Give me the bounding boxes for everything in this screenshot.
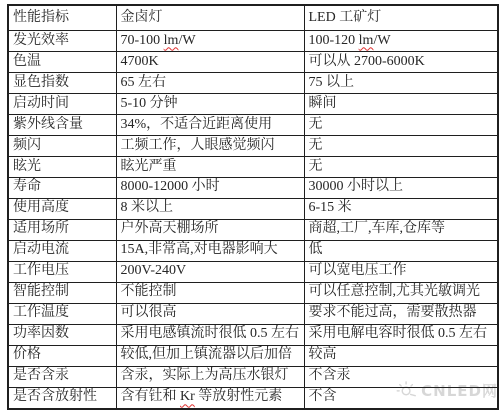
table-row: 频闪工频工作，人眼感觉频闪无 <box>8 135 498 156</box>
cell-text: 无 <box>309 117 323 132</box>
cell-text: 瞬间 <box>309 96 337 111</box>
cell-text: 较低,但加上镇流器以后加倍 <box>121 347 293 362</box>
table-row: 显色指数65 左右75 以上 <box>8 72 498 93</box>
cell-text: 70-100 <box>121 33 164 48</box>
metric-cell: 价格 <box>8 345 116 366</box>
table-row: 适用场所户外高天棚场所商超,工厂,车库,仓库等 <box>8 219 498 240</box>
led-highbay-cell: 低 <box>304 240 498 261</box>
metric-cell: 适用场所 <box>8 219 116 240</box>
led-highbay-cell: 可以从 2700-6000K <box>304 51 498 72</box>
table-row: 发光效率70-100 lm/W100-120 lm/W <box>8 31 498 52</box>
cnled-watermark: CNLED网 <box>396 379 498 401</box>
metal-halide-cell: 34%，不适合近距离使用 <box>116 114 304 135</box>
column-header-led-highbay: LED 工矿灯 <box>304 5 498 31</box>
table-row: 眩光眩光严重无 <box>8 156 498 177</box>
cell-text: 要求不能过高，需要散热器 <box>309 305 477 320</box>
metric-cell: 寿命 <box>8 177 116 198</box>
cnled-sun-icon <box>396 379 418 401</box>
cell-text: 34%，不适合近距离使用 <box>121 117 273 132</box>
cnled-watermark-text: CNLED网 <box>421 380 498 401</box>
cell-text: /W <box>178 33 195 48</box>
cell-text: 适用场所 <box>13 221 69 236</box>
lamp-comparison-table-image: 性能指标 金卤灯 LED 工矿灯 发光效率70-100 lm/W100-120 … <box>0 0 503 416</box>
cell-text: 工作电压 <box>13 263 69 278</box>
cell-text: 75 以上 <box>309 75 355 90</box>
cell-text: 65 左右 <box>121 75 167 90</box>
cell-text: 商超,工厂,车库,仓库等 <box>309 221 446 236</box>
cell-text: 功率因数 <box>13 326 69 341</box>
metric-cell: 智能控制 <box>8 282 116 303</box>
table-row: 紫外线含量34%，不适合近距离使用无 <box>8 114 498 135</box>
metal-halide-cell: 8000-12000 小时 <box>116 177 304 198</box>
table-row: 启动时间5-10 分钟瞬间 <box>8 93 498 114</box>
led-highbay-cell: 无 <box>304 156 498 177</box>
led-highbay-cell: 商超,工厂,车库,仓库等 <box>304 219 498 240</box>
cell-text: 工频工作，人眼感觉频闪 <box>121 138 275 153</box>
metric-cell: 频闪 <box>8 135 116 156</box>
cell-text: 低 <box>309 242 323 257</box>
cell-text: 8000-12000 小时 <box>121 179 220 194</box>
cell-text: 不含 <box>309 389 337 404</box>
table-row: 工作温度可以很高要求不能过高，需要散热器 <box>8 303 498 324</box>
table-row: 价格较低,但加上镇流器以后加倍较高 <box>8 345 498 366</box>
metal-halide-cell: 70-100 lm/W <box>116 31 304 52</box>
cell-text: /W <box>373 33 390 48</box>
cell-text: 启动时间 <box>13 96 69 111</box>
header-row: 性能指标 金卤灯 LED 工矿灯 <box>8 5 498 31</box>
cell-text: 采用电解电容时很低 0.5 左右 <box>309 326 488 341</box>
metal-halide-cell: 15A,非常高,对电器影响大 <box>116 240 304 261</box>
cell-text: 采用电感镇流时很低 0.5 左右 <box>121 326 300 341</box>
cell-text: 4700K <box>121 54 159 69</box>
spellcheck-flagged-text: Kr <box>180 389 195 404</box>
spellcheck-flagged-text: lm <box>359 33 374 48</box>
metric-cell: 是否含放射性 <box>8 387 116 409</box>
metric-cell: 使用高度 <box>8 198 116 219</box>
led-highbay-cell: 可以宽电压工作 <box>304 261 498 282</box>
cell-text: 200V-240V <box>121 263 187 278</box>
table-row: 色温4700K可以从 2700-6000K <box>8 51 498 72</box>
metal-halide-cell: 眩光严重 <box>116 156 304 177</box>
cell-text: 不含汞 <box>309 368 351 383</box>
led-highbay-cell: 采用电解电容时很低 0.5 左右 <box>304 324 498 345</box>
metal-halide-cell: 不能控制 <box>116 282 304 303</box>
led-highbay-cell: 无 <box>304 135 498 156</box>
metal-halide-cell: 200V-240V <box>116 261 304 282</box>
cell-text: 户外高天棚场所 <box>121 221 219 236</box>
metal-halide-cell: 65 左右 <box>116 72 304 93</box>
table-row: 工作电压200V-240V可以宽电压工作 <box>8 261 498 282</box>
cell-text: 可以任意控制,尤其光敏调光 <box>309 284 481 299</box>
cell-text: 较高 <box>309 347 337 362</box>
metric-cell: 是否含汞 <box>8 366 116 387</box>
cell-text: 发光效率 <box>13 33 69 48</box>
metal-halide-cell: 4700K <box>116 51 304 72</box>
column-header-metric: 性能指标 <box>8 5 116 31</box>
led-highbay-cell: 瞬间 <box>304 93 498 114</box>
metric-cell: 显色指数 <box>8 72 116 93</box>
cell-text: 无 <box>309 138 323 153</box>
comparison-table: 性能指标 金卤灯 LED 工矿灯 发光效率70-100 lm/W100-120 … <box>7 4 499 410</box>
cell-text: 100-120 <box>309 33 359 48</box>
cell-text: 6-15 米 <box>309 200 352 215</box>
led-highbay-cell: 75 以上 <box>304 72 498 93</box>
led-highbay-cell: 无 <box>304 114 498 135</box>
led-highbay-cell: 较高 <box>304 345 498 366</box>
spellcheck-flagged-text: lm <box>164 33 179 48</box>
cell-text: 可以从 2700-6000K <box>309 54 425 69</box>
metal-halide-cell: 采用电感镇流时很低 0.5 左右 <box>116 324 304 345</box>
metal-halide-cell: 5-10 分钟 <box>116 93 304 114</box>
metal-halide-cell: 含有钍和 Kr 等放射性元素 <box>116 387 304 409</box>
cell-text: 色温 <box>13 54 41 69</box>
table-row: 智能控制不能控制可以任意控制,尤其光敏调光 <box>8 282 498 303</box>
metal-halide-cell: 工频工作，人眼感觉频闪 <box>116 135 304 156</box>
cell-text: 含有钍和 <box>121 389 181 404</box>
cell-text: 是否含放射性 <box>13 389 97 404</box>
column-header-metal-halide: 金卤灯 <box>116 5 304 31</box>
metric-cell: 工作电压 <box>8 261 116 282</box>
cell-text: 不能控制 <box>121 284 177 299</box>
cell-text: 15A,非常高,对电器影响大 <box>121 242 278 257</box>
led-highbay-cell: 6-15 米 <box>304 198 498 219</box>
cell-text: 是否含汞 <box>13 368 69 383</box>
table-row: 启动电流15A,非常高,对电器影响大低 <box>8 240 498 261</box>
cell-text: 频闪 <box>13 138 41 153</box>
metric-cell: 发光效率 <box>8 31 116 52</box>
cell-text: 可以宽电压工作 <box>309 263 407 278</box>
metric-cell: 启动电流 <box>8 240 116 261</box>
led-highbay-cell: 100-120 lm/W <box>304 31 498 52</box>
cell-text: 智能控制 <box>13 284 69 299</box>
cell-text: 显色指数 <box>13 75 69 90</box>
cell-text: 工作温度 <box>13 305 69 320</box>
metal-halide-cell: 含汞，实际上为高压水银灯 <box>116 366 304 387</box>
led-highbay-cell: 要求不能过高，需要散热器 <box>304 303 498 324</box>
led-highbay-cell: 可以任意控制,尤其光敏调光 <box>304 282 498 303</box>
cell-text: 眩光严重 <box>121 159 177 174</box>
led-highbay-cell: 30000 小时以上 <box>304 177 498 198</box>
comparison-table-body: 发光效率70-100 lm/W100-120 lm/W色温4700K可以从 27… <box>8 31 498 410</box>
cell-text: 寿命 <box>13 179 41 194</box>
table-row: 寿命8000-12000 小时30000 小时以上 <box>8 177 498 198</box>
cell-text: 启动电流 <box>13 242 69 257</box>
cell-text: 5-10 分钟 <box>121 96 178 111</box>
cell-text: 使用高度 <box>13 200 69 215</box>
metric-cell: 功率因数 <box>8 324 116 345</box>
cell-text: 8 米以上 <box>121 200 174 215</box>
cell-text: 等放射性元素 <box>195 389 283 404</box>
metal-halide-cell: 8 米以上 <box>116 198 304 219</box>
cell-text: 眩光 <box>13 159 41 174</box>
metric-cell: 色温 <box>8 51 116 72</box>
table-row: 使用高度8 米以上6-15 米 <box>8 198 498 219</box>
metric-cell: 启动时间 <box>8 93 116 114</box>
cell-text: 价格 <box>13 347 41 362</box>
table-row: 功率因数采用电感镇流时很低 0.5 左右采用电解电容时很低 0.5 左右 <box>8 324 498 345</box>
metric-cell: 紫外线含量 <box>8 114 116 135</box>
cell-text: 30000 小时以上 <box>309 179 404 194</box>
cell-text: 含汞，实际上为高压水银灯 <box>121 368 289 383</box>
cell-text: 可以很高 <box>121 305 177 320</box>
cell-text: 无 <box>309 159 323 174</box>
metal-halide-cell: 较低,但加上镇流器以后加倍 <box>116 345 304 366</box>
metric-cell: 工作温度 <box>8 303 116 324</box>
cell-text: 紫外线含量 <box>13 117 83 132</box>
metal-halide-cell: 户外高天棚场所 <box>116 219 304 240</box>
metric-cell: 眩光 <box>8 156 116 177</box>
metal-halide-cell: 可以很高 <box>116 303 304 324</box>
